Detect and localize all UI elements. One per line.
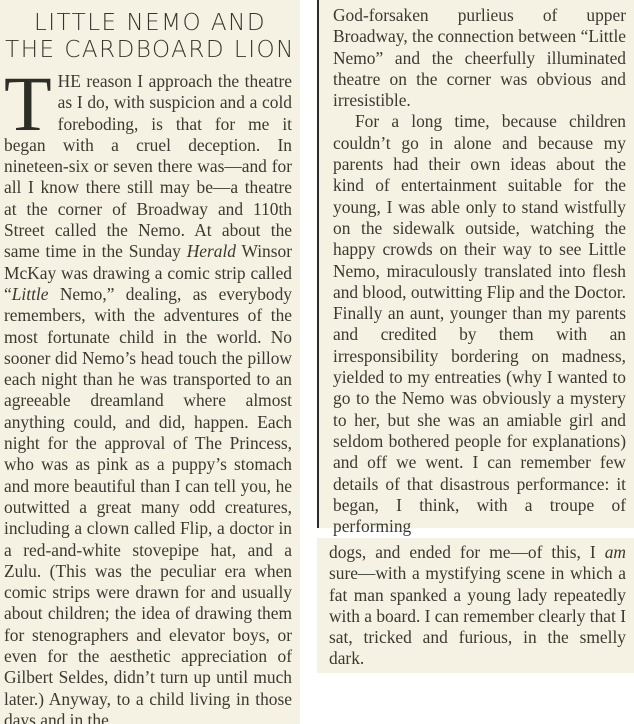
paragraph-2-continued: dogs, and ended for me—of this, I am sur…	[317, 538, 634, 670]
article-title: LITTLE NEMO AND THE CARDBOARD LION	[0, 0, 300, 64]
italic-herald: Herald	[187, 241, 236, 261]
italic-am: am	[605, 542, 626, 562]
left-column-clipping: LITTLE NEMO AND THE CARDBOARD LION THE r…	[0, 0, 300, 724]
paragraph-1-continued: God-forsaken purlieus of upper Broadway,…	[319, 0, 634, 111]
text-run: Nemo,” dealing, as everybody remembers, …	[4, 284, 292, 724]
paragraph-1: THE reason I approach the theatre as I d…	[0, 64, 300, 724]
title-line-1: LITTLE NEMO AND	[34, 10, 266, 36]
text-run: sure—with a mystifying scene in which a …	[329, 563, 626, 668]
text-run: dogs, and ended for me—of this, I	[329, 542, 605, 562]
right-top-clipping: God-forsaken purlieus of upper Broadway,…	[317, 0, 634, 528]
right-bottom-clipping: dogs, and ended for me—of this, I am sur…	[317, 538, 634, 673]
title-line-2: THE CARDBOARD LION	[5, 37, 295, 63]
drop-cap: T	[4, 73, 52, 135]
italic-little: Little	[12, 284, 49, 304]
paragraph-2: For a long time, because children couldn…	[319, 111, 634, 537]
